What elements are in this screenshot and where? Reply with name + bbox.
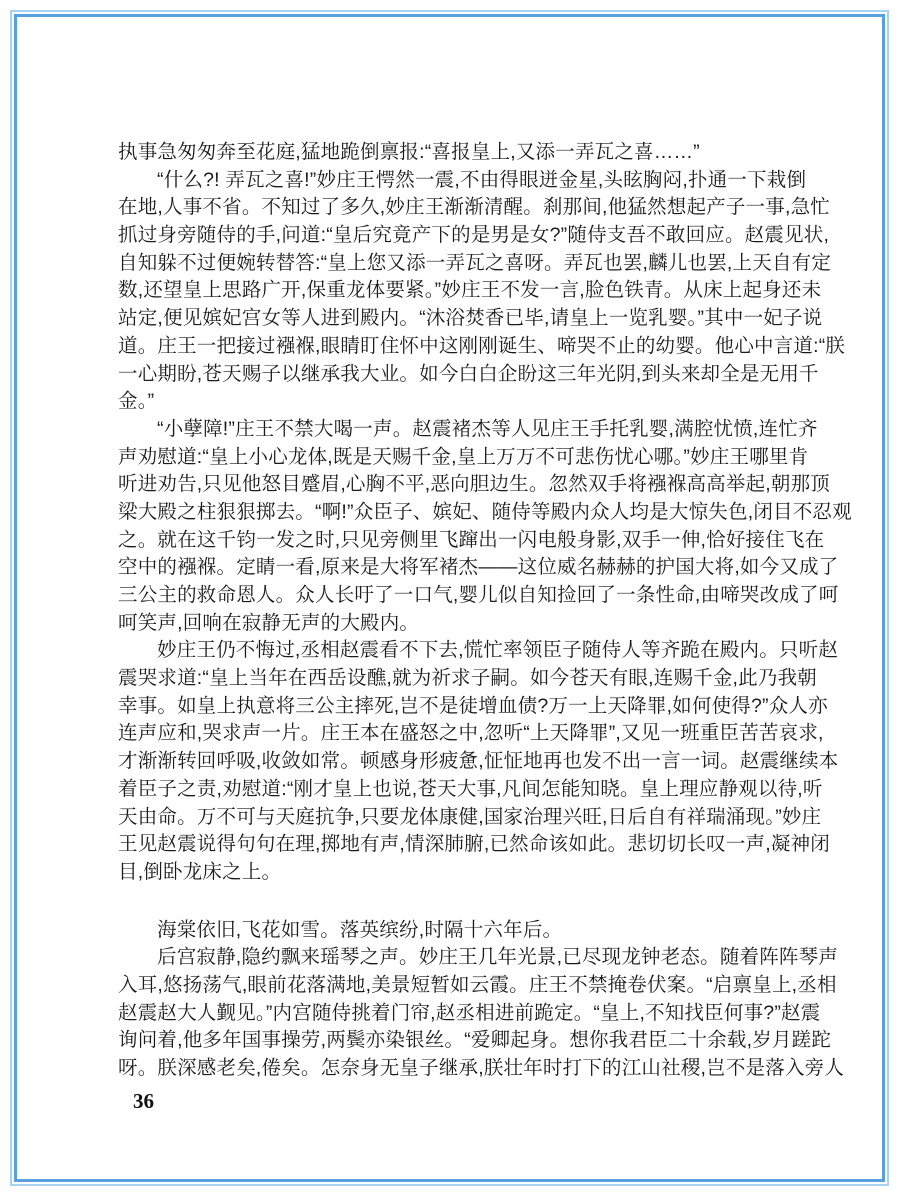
text-line: 在地,人事不省。不知过了多久,妙庄王渐渐清醒。刹那间,他猛然想起产子一事,急忙 xyxy=(118,194,790,222)
text-line: 连声应和,哭求声一片。庄王本在盛怒之中,忽听“上天降罪”,又见一班重臣苦苦哀求, xyxy=(118,720,790,748)
text-line: 目,倒卧龙床之上。 xyxy=(118,859,790,887)
text-line: 数,还望皇上思路广开,保重龙体要紧。”妙庄王不发一言,脸色铁青。从床上起身还未 xyxy=(118,277,790,305)
text-line: 呀。朕深感老矣,倦矣。怎奈身无皇子继承,朕壮年时打下的江山社稷,岂不是落入旁人 xyxy=(118,1055,790,1083)
text-line: 站定,便见嫔妃宫女等人进到殿内。“沐浴焚香已毕,请皇上一览乳婴。”其中一妃子说 xyxy=(118,305,790,333)
paragraph: “什么?! 弄瓦之喜!”妙庄王愕然一震,不由得眼迸金星,头眩胸闷,扑通一下栽倒在… xyxy=(118,167,790,416)
body-text: 执事急匆匆奔至花庭,猛地跪倒禀报:“喜报皇上,又添一弄瓦之喜……”“什么?! 弄… xyxy=(118,139,790,1083)
text-line: 妙庄王仍不悔过,丞相赵震看不下去,慌忙率领臣子随侍人等齐跪在殿内。只听赵 xyxy=(118,637,790,665)
text-line: 执事急匆匆奔至花庭,猛地跪倒禀报:“喜报皇上,又添一弄瓦之喜……” xyxy=(118,139,790,167)
text-line: 道。庄王一把接过襁褓,眼睛盯住怀中这刚刚诞生、啼哭不止的幼婴。他心中言道:“朕 xyxy=(118,333,790,361)
text-line: 听进劝告,只见他怒目蹙眉,心胸不平,恶向胆边生。忽然双手将襁褓高高举起,朝那顶 xyxy=(118,471,790,499)
text-line: 才渐渐转回呼吸,收敛如常。顿感身形疲惫,怔怔地再也发不出一言一词。赵震继续本 xyxy=(118,748,790,776)
page-number: 36 xyxy=(133,1089,154,1114)
text-line: 呵笑声,回响在寂静无声的大殿内。 xyxy=(118,610,790,638)
text-line: 赵震赵大人觐见。”内宫随侍挑着门帘,赵丞相进前跪定。“皇上,不知找臣何事?”赵震 xyxy=(118,1000,790,1028)
text-line: 空中的襁褓。定睛一看,原来是大将军褚杰——这位威名赫赫的护国大将,如今又成了 xyxy=(118,554,790,582)
text-line: 三公主的救命恩人。众人长吁了一口气,婴儿似自知捡回了一条性命,由啼哭改成了呵 xyxy=(118,582,790,610)
text-line: 后宫寂静,隐约飘来瑶琴之声。妙庄王几年光景,已尽现龙钟老态。随着阵阵琴声 xyxy=(118,944,790,972)
text-line: 王见赵震说得句句在理,掷地有声,情深肺腑,已然命该如此。悲切切长叹一声,凝神闭 xyxy=(118,831,790,859)
text-line: “什么?! 弄瓦之喜!”妙庄王愕然一震,不由得眼迸金星,头眩胸闷,扑通一下栽倒 xyxy=(118,167,790,195)
text-line: 之。就在这千钧一发之时,只见旁侧里飞蹿出一闪电般身影,双手一伸,恰好接住飞在 xyxy=(118,527,790,555)
paragraph: 执事急匆匆奔至花庭,猛地跪倒禀报:“喜报皇上,又添一弄瓦之喜……” xyxy=(118,139,790,167)
text-line: 着臣子之责,劝慰道:“刚才皇上也说,苍天大事,凡间怎能知晓。皇上理应静观以待,听 xyxy=(118,776,790,804)
text-line: 入耳,悠扬荡气,眼前花落满地,美景短暂如云霞。庄王不禁掩卷伏案。“启禀皇上,丞相 xyxy=(118,972,790,1000)
paragraph: 后宫寂静,隐约飘来瑶琴之声。妙庄王几年光景,已尽现龙钟老态。随着阵阵琴声入耳,悠… xyxy=(118,944,790,1082)
paragraph: 妙庄王仍不悔过,丞相赵震看不下去,慌忙率领臣子随侍人等齐跪在殿内。只听赵震哭求道… xyxy=(118,637,790,886)
text-line: “小孽障!”庄王不禁大喝一声。赵震褚杰等人见庄王手托乳婴,满腔忧愤,连忙齐 xyxy=(118,416,790,444)
text-line: 幸事。如皇上执意将三公主摔死,岂不是徒增血债?万一上天降罪,如何使得?”众人亦 xyxy=(118,693,790,721)
text-line: 震哭求道:“皇上当年在西岳设醮,就为祈求子嗣。如今苍天有眼,连赐千金,此乃我朝 xyxy=(118,665,790,693)
paragraph: “小孽障!”庄王不禁大喝一声。赵震褚杰等人见庄王手托乳婴,满腔忧愤,连忙齐声劝慰… xyxy=(118,416,790,638)
text-line: 金。” xyxy=(118,388,790,416)
text-line: 天由命。万不可与天庭抗争,只要龙体康健,国家治理兴旺,日后自有祥瑞涌现。”妙庄 xyxy=(118,804,790,832)
text-line: 一心期盼,苍天赐子以继承我大业。如今白白企盼这三年光阴,到头来却全是无用千 xyxy=(118,361,790,389)
text-line: 梁大殿之柱狠狠掷去。“啊!”众臣子、嫔妃、随侍等殿内众人均是大惊失色,闭目不忍观 xyxy=(118,499,790,527)
text-line: 声劝慰道:“皇上小心龙体,既是天赐千金,皇上万万不可悲伤忧心哪。”妙庄王哪里肯 xyxy=(118,444,790,472)
book-page: 执事急匆匆奔至花庭,猛地跪倒禀报:“喜报皇上,又添一弄瓦之喜……”“什么?! 弄… xyxy=(0,0,900,1197)
text-line: 自知躲不过便婉转替答:“皇上您又添一弄瓦之喜呀。弄瓦也罢,麟儿也罢,上天自有定 xyxy=(118,250,790,278)
text-line: 海棠依旧,飞花如雪。落英缤纷,时隔十六年后。 xyxy=(118,917,790,945)
text-line: 抓过身旁随侍的手,问道:“皇后究竟产下的是男是女?”随侍支吾不敢回应。赵震见状, xyxy=(118,222,790,250)
text-line: 询问着,他多年国事操劳,两鬓亦染银丝。“爱卿起身。想你我君臣二十余载,岁月蹉跎 xyxy=(118,1027,790,1055)
paragraph: 海棠依旧,飞花如雪。落英缤纷,时隔十六年后。 xyxy=(118,917,790,945)
